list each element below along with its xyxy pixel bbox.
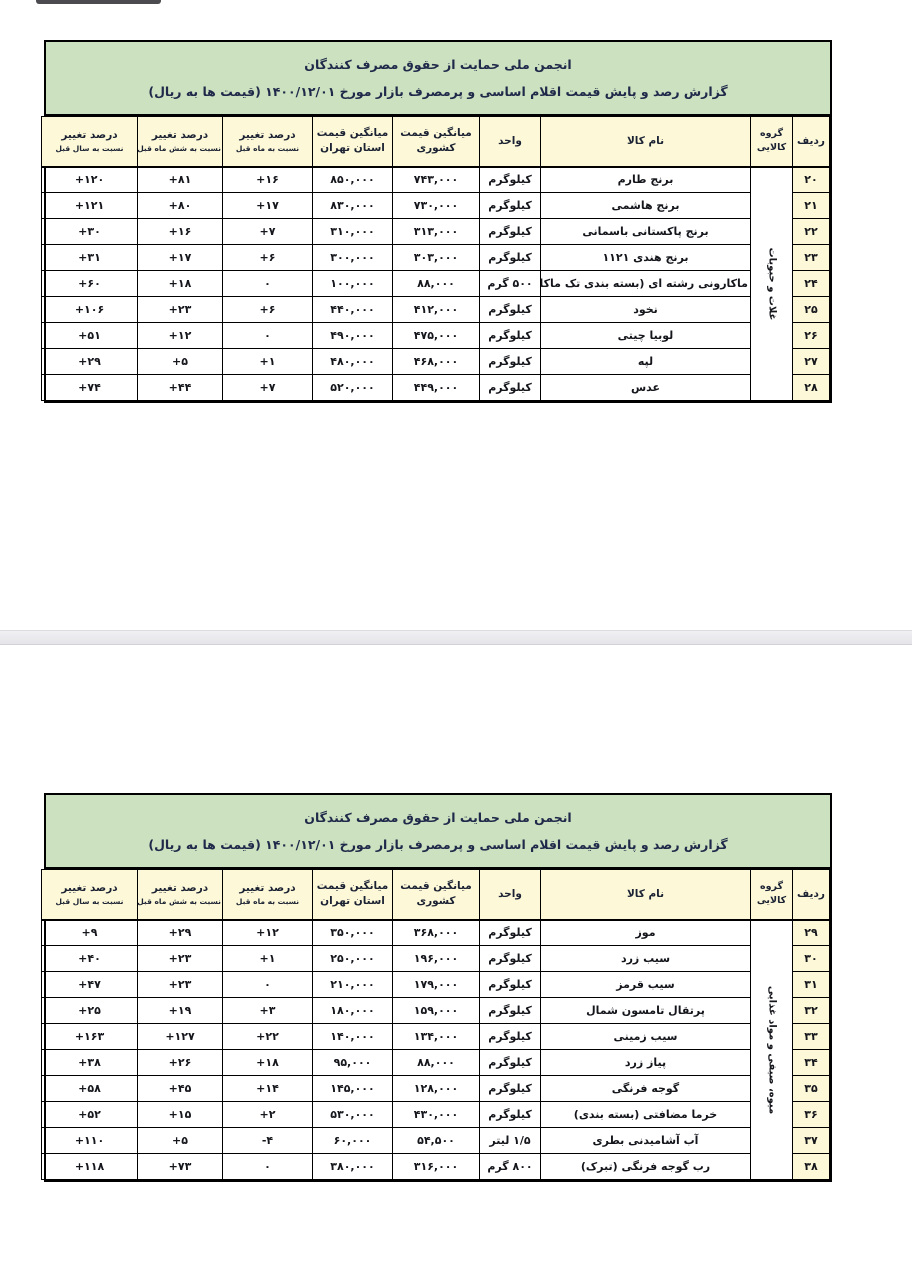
cell-tehran-price: ۲۱۰,۰۰۰ bbox=[313, 972, 393, 998]
cell-national-price: ۵۴,۵۰۰ bbox=[393, 1128, 480, 1154]
col-header-group: گروهکالایی bbox=[751, 870, 793, 920]
cell-row-number: ۳۶ bbox=[793, 1102, 830, 1128]
table-row: ۳۱سیب قرمزکیلوگرم۱۷۹,۰۰۰۲۱۰,۰۰۰۰+۲۳+۴۷ bbox=[42, 972, 830, 998]
cell-tehran-price: ۱۸۰,۰۰۰ bbox=[313, 998, 393, 1024]
cell-item-name: لوبیا چیتی bbox=[541, 323, 751, 349]
group-label: غلات و حبوبات bbox=[766, 247, 777, 320]
cell-row-number: ۲۲ bbox=[793, 219, 830, 245]
header-row: ردیف گروهکالایی نام کالا واحد میانگین قی… bbox=[42, 117, 830, 167]
image-separator-band bbox=[0, 630, 912, 645]
cell-row-number: ۲۵ bbox=[793, 297, 830, 323]
cell-national-price: ۷۳۰,۰۰۰ bbox=[393, 193, 480, 219]
cell-tehran-price: ۳۵۰,۰۰۰ bbox=[313, 920, 393, 946]
col-header-month-change: درصد تغییرنسبت به ماه قبل bbox=[223, 117, 313, 167]
cell-year-change: +۳۸ bbox=[42, 1050, 138, 1076]
report-title-band: انجمن ملی حمایت از حقوق مصرف کنندگان گزا… bbox=[46, 795, 830, 869]
cell-row-number: ۲۹ bbox=[793, 920, 830, 946]
cell-national-price: ۴۴۹,۰۰۰ bbox=[393, 375, 480, 401]
price-grid: ردیف گروهکالایی نام کالا واحد میانگین قی… bbox=[41, 116, 830, 401]
cell-month-change: -۴ bbox=[223, 1128, 313, 1154]
cell-tehran-price: ۱۰۰,۰۰۰ bbox=[313, 271, 393, 297]
cell-national-price: ۷۴۳,۰۰۰ bbox=[393, 167, 480, 193]
report-title-band: انجمن ملی حمایت از حقوق مصرف کنندگان گزا… bbox=[46, 42, 830, 116]
cell-tehran-price: ۴۴۰,۰۰۰ bbox=[313, 297, 393, 323]
cell-item-name: سیب قرمز bbox=[541, 972, 751, 998]
cell-national-price: ۳۱۶,۰۰۰ bbox=[393, 1154, 480, 1180]
cell-month-change: +۱ bbox=[223, 349, 313, 375]
cell-month-change: +۳ bbox=[223, 998, 313, 1024]
cell-month-change: +۶ bbox=[223, 297, 313, 323]
cell-six-month-change: +۱۶ bbox=[138, 219, 223, 245]
cell-item-name: برنج طارم bbox=[541, 167, 751, 193]
cell-year-change: +۳۰ bbox=[42, 219, 138, 245]
col-header-row-number: ردیف bbox=[793, 870, 830, 920]
cell-group: میوه، صیفی و مواد غذایی bbox=[751, 920, 793, 1180]
cell-item-name: پیاز زرد bbox=[541, 1050, 751, 1076]
cell-year-change: +۶۰ bbox=[42, 271, 138, 297]
cell-year-change: +۹ bbox=[42, 920, 138, 946]
cell-year-change: +۵۸ bbox=[42, 1076, 138, 1102]
cell-item-name: نخود bbox=[541, 297, 751, 323]
cell-six-month-change: +۱۸ bbox=[138, 271, 223, 297]
price-report-table-2: انجمن ملی حمایت از حقوق مصرف کنندگان گزا… bbox=[44, 793, 832, 1182]
cell-unit: کیلوگرم bbox=[480, 946, 541, 972]
cell-year-change: +۱۱۸ bbox=[42, 1154, 138, 1180]
cell-national-price: ۸۸,۰۰۰ bbox=[393, 271, 480, 297]
table-row: ۳۳سیب زمینیکیلوگرم۱۳۴,۰۰۰۱۴۰,۰۰۰+۲۲+۱۲۷+… bbox=[42, 1024, 830, 1050]
cell-six-month-change: +۲۶ bbox=[138, 1050, 223, 1076]
cell-national-price: ۱۳۴,۰۰۰ bbox=[393, 1024, 480, 1050]
cell-unit: کیلوگرم bbox=[480, 1024, 541, 1050]
col-header-tehran-price: میانگین قیمتاستان تهران bbox=[313, 117, 393, 167]
cell-row-number: ۳۷ bbox=[793, 1128, 830, 1154]
cell-national-price: ۳۶۸,۰۰۰ bbox=[393, 920, 480, 946]
table-row: ۳۴پیاز زردکیلوگرم۸۸,۰۰۰۹۵,۰۰۰+۱۸+۲۶+۳۸ bbox=[42, 1050, 830, 1076]
header-row: ردیف گروهکالایی نام کالا واحد میانگین قی… bbox=[42, 870, 830, 920]
cell-item-name: گوجه فرنگی bbox=[541, 1076, 751, 1102]
report-org-title: انجمن ملی حمایت از حقوق مصرف کنندگان bbox=[304, 810, 571, 825]
cell-row-number: ۳۲ bbox=[793, 998, 830, 1024]
cell-year-change: +۱۰۶ bbox=[42, 297, 138, 323]
col-header-unit: واحد bbox=[480, 870, 541, 920]
cell-tehran-price: ۳۰۰,۰۰۰ bbox=[313, 245, 393, 271]
cell-six-month-change: +۲۳ bbox=[138, 946, 223, 972]
col-header-tehran-price: میانگین قیمتاستان تهران bbox=[313, 870, 393, 920]
cell-six-month-change: +۸۰ bbox=[138, 193, 223, 219]
cell-unit: کیلوگرم bbox=[480, 297, 541, 323]
cell-tehran-price: ۱۴۵,۰۰۰ bbox=[313, 1076, 393, 1102]
cell-month-change: +۱۲ bbox=[223, 920, 313, 946]
cell-item-name: خرما مضافتی (بسته بندی) bbox=[541, 1102, 751, 1128]
cell-unit: ۸۰۰ گرم bbox=[480, 1154, 541, 1180]
table-row: ۳۵گوجه فرنگیکیلوگرم۱۲۸,۰۰۰۱۴۵,۰۰۰+۱۴+۴۵+… bbox=[42, 1076, 830, 1102]
table-row: ۲۴ماکارونی رشته ای (بسته بندی تک ماکارون… bbox=[42, 271, 830, 297]
cell-row-number: ۲۶ bbox=[793, 323, 830, 349]
cell-row-number: ۳۳ bbox=[793, 1024, 830, 1050]
cell-month-change: +۱۸ bbox=[223, 1050, 313, 1076]
cell-national-price: ۳۰۳,۰۰۰ bbox=[393, 245, 480, 271]
report-subtitle: گزارش رصد و پایش قیمت اقلام اساسی و پرمص… bbox=[148, 84, 727, 99]
col-header-unit: واحد bbox=[480, 117, 541, 167]
cell-month-change: +۱۶ bbox=[223, 167, 313, 193]
cell-unit: کیلوگرم bbox=[480, 193, 541, 219]
cell-item-name: لپه bbox=[541, 349, 751, 375]
table-row: ۲۷لپهکیلوگرم۴۶۸,۰۰۰۴۸۰,۰۰۰+۱+۵+۲۹ bbox=[42, 349, 830, 375]
cell-month-change: +۱ bbox=[223, 946, 313, 972]
cell-month-change: ۰ bbox=[223, 271, 313, 297]
cropped-ui-bar-fragment bbox=[36, 0, 161, 4]
cell-tehran-price: ۸۳۰,۰۰۰ bbox=[313, 193, 393, 219]
table-row: ۳۰سیب زردکیلوگرم۱۹۶,۰۰۰۲۵۰,۰۰۰+۱+۲۳+۴۰ bbox=[42, 946, 830, 972]
cell-row-number: ۲۱ bbox=[793, 193, 830, 219]
cell-unit: کیلوگرم bbox=[480, 972, 541, 998]
cell-year-change: +۵۲ bbox=[42, 1102, 138, 1128]
table-row: ۲۰غلات و حبوباتبرنج طارمکیلوگرم۷۴۳,۰۰۰۸۵… bbox=[42, 167, 830, 193]
cell-national-price: ۱۵۹,۰۰۰ bbox=[393, 998, 480, 1024]
col-header-item-name: نام کالا bbox=[541, 117, 751, 167]
cell-unit: ۵۰۰ گرم bbox=[480, 271, 541, 297]
cell-month-change: +۱۷ bbox=[223, 193, 313, 219]
cell-row-number: ۳۵ bbox=[793, 1076, 830, 1102]
cell-unit: کیلوگرم bbox=[480, 1050, 541, 1076]
col-header-six-month-change: درصد تغییرنسبت به شش ماه قبل bbox=[138, 870, 223, 920]
cell-item-name: موز bbox=[541, 920, 751, 946]
cell-national-price: ۳۱۳,۰۰۰ bbox=[393, 219, 480, 245]
cell-item-name: برنج هندی ۱۱۲۱ bbox=[541, 245, 751, 271]
cell-national-price: ۴۳۰,۰۰۰ bbox=[393, 1102, 480, 1128]
cell-row-number: ۳۴ bbox=[793, 1050, 830, 1076]
cell-national-price: ۱۷۹,۰۰۰ bbox=[393, 972, 480, 998]
cell-six-month-change: +۴۵ bbox=[138, 1076, 223, 1102]
cell-tehran-price: ۸۵۰,۰۰۰ bbox=[313, 167, 393, 193]
col-header-year-change: درصد تغییرنسبت به سال قبل bbox=[42, 870, 138, 920]
cell-unit: کیلوگرم bbox=[480, 219, 541, 245]
cell-year-change: +۷۴ bbox=[42, 375, 138, 401]
cell-national-price: ۴۶۸,۰۰۰ bbox=[393, 349, 480, 375]
cell-year-change: +۳۱ bbox=[42, 245, 138, 271]
cell-month-change: +۲۲ bbox=[223, 1024, 313, 1050]
cell-six-month-change: +۷۳ bbox=[138, 1154, 223, 1180]
cell-item-name: پرتقال تامسون شمال bbox=[541, 998, 751, 1024]
cell-tehran-price: ۹۵,۰۰۰ bbox=[313, 1050, 393, 1076]
cell-unit: کیلوگرم bbox=[480, 323, 541, 349]
table-row: ۲۳برنج هندی ۱۱۲۱کیلوگرم۳۰۳,۰۰۰۳۰۰,۰۰۰+۶+… bbox=[42, 245, 830, 271]
cell-unit: کیلوگرم bbox=[480, 349, 541, 375]
cell-national-price: ۱۹۶,۰۰۰ bbox=[393, 946, 480, 972]
cell-tehran-price: ۵۲۰,۰۰۰ bbox=[313, 375, 393, 401]
cell-tehran-price: ۴۹۰,۰۰۰ bbox=[313, 323, 393, 349]
cell-item-name: رب گوجه فرنگی (تبرک) bbox=[541, 1154, 751, 1180]
col-header-year-change: درصد تغییرنسبت به سال قبل bbox=[42, 117, 138, 167]
cell-unit: ۱/۵ لیتر bbox=[480, 1128, 541, 1154]
cell-year-change: +۲۵ bbox=[42, 998, 138, 1024]
cell-month-change: +۲ bbox=[223, 1102, 313, 1128]
cell-month-change: +۷ bbox=[223, 375, 313, 401]
cell-six-month-change: +۱۷ bbox=[138, 245, 223, 271]
report-subtitle: گزارش رصد و پایش قیمت اقلام اساسی و پرمص… bbox=[148, 837, 727, 852]
cell-year-change: +۱۲۱ bbox=[42, 193, 138, 219]
cell-national-price: ۸۸,۰۰۰ bbox=[393, 1050, 480, 1076]
cell-year-change: +۱۱۰ bbox=[42, 1128, 138, 1154]
cell-unit: کیلوگرم bbox=[480, 998, 541, 1024]
cell-year-change: +۴۰ bbox=[42, 946, 138, 972]
cell-unit: کیلوگرم bbox=[480, 1102, 541, 1128]
cell-tehran-price: ۲۵۰,۰۰۰ bbox=[313, 946, 393, 972]
col-header-six-month-change: درصد تغییرنسبت به شش ماه قبل bbox=[138, 117, 223, 167]
cell-year-change: +۴۷ bbox=[42, 972, 138, 998]
table-row: ۲۵نخودکیلوگرم۴۱۲,۰۰۰۴۴۰,۰۰۰+۶+۲۳+۱۰۶ bbox=[42, 297, 830, 323]
cell-six-month-change: +۱۲ bbox=[138, 323, 223, 349]
table-row: ۳۶خرما مضافتی (بسته بندی)کیلوگرم۴۳۰,۰۰۰۵… bbox=[42, 1102, 830, 1128]
cell-item-name: آب آشامیدنی بطری bbox=[541, 1128, 751, 1154]
col-header-row-number: ردیف bbox=[793, 117, 830, 167]
cell-unit: کیلوگرم bbox=[480, 1076, 541, 1102]
cell-year-change: +۲۹ bbox=[42, 349, 138, 375]
table-row: ۲۸عدسکیلوگرم۴۴۹,۰۰۰۵۲۰,۰۰۰+۷+۴۴+۷۴ bbox=[42, 375, 830, 401]
cell-row-number: ۳۰ bbox=[793, 946, 830, 972]
cell-tehran-price: ۳۸۰,۰۰۰ bbox=[313, 1154, 393, 1180]
cell-six-month-change: +۵ bbox=[138, 1128, 223, 1154]
cell-unit: کیلوگرم bbox=[480, 920, 541, 946]
cell-six-month-change: +۲۳ bbox=[138, 297, 223, 323]
price-grid: ردیف گروهکالایی نام کالا واحد میانگین قی… bbox=[41, 869, 830, 1180]
cell-group: غلات و حبوبات bbox=[751, 167, 793, 401]
cell-national-price: ۴۱۲,۰۰۰ bbox=[393, 297, 480, 323]
table-row: ۳۸رب گوجه فرنگی (تبرک)۸۰۰ گرم۳۱۶,۰۰۰۳۸۰,… bbox=[42, 1154, 830, 1180]
table-row: ۲۹میوه، صیفی و مواد غذاییموزکیلوگرم۳۶۸,۰… bbox=[42, 920, 830, 946]
cell-month-change: ۰ bbox=[223, 323, 313, 349]
cell-national-price: ۴۷۵,۰۰۰ bbox=[393, 323, 480, 349]
cell-six-month-change: +۱۲۷ bbox=[138, 1024, 223, 1050]
cell-tehran-price: ۶۰,۰۰۰ bbox=[313, 1128, 393, 1154]
col-header-item-name: نام کالا bbox=[541, 870, 751, 920]
cell-month-change: +۷ bbox=[223, 219, 313, 245]
cell-month-change: ۰ bbox=[223, 972, 313, 998]
table-row: ۳۷آب آشامیدنی بطری۱/۵ لیتر۵۴,۵۰۰۶۰,۰۰۰-۴… bbox=[42, 1128, 830, 1154]
cell-national-price: ۱۲۸,۰۰۰ bbox=[393, 1076, 480, 1102]
cell-year-change: +۱۲۰ bbox=[42, 167, 138, 193]
report-org-title: انجمن ملی حمایت از حقوق مصرف کنندگان bbox=[304, 57, 571, 72]
cell-tehran-price: ۳۱۰,۰۰۰ bbox=[313, 219, 393, 245]
cell-tehran-price: ۴۸۰,۰۰۰ bbox=[313, 349, 393, 375]
cell-item-name: ماکارونی رشته ای (بسته بندی تک ماکارون) bbox=[541, 271, 751, 297]
table-body: ۲۹میوه، صیفی و مواد غذاییموزکیلوگرم۳۶۸,۰… bbox=[42, 920, 830, 1180]
cell-row-number: ۲۳ bbox=[793, 245, 830, 271]
cell-row-number: ۲۴ bbox=[793, 271, 830, 297]
cell-year-change: +۵۱ bbox=[42, 323, 138, 349]
cell-six-month-change: +۲۹ bbox=[138, 920, 223, 946]
cell-six-month-change: +۱۵ bbox=[138, 1102, 223, 1128]
col-header-national-price: میانگین قیمتکشوری bbox=[393, 870, 480, 920]
table-row: ۲۶لوبیا چیتیکیلوگرم۴۷۵,۰۰۰۴۹۰,۰۰۰۰+۱۲+۵۱ bbox=[42, 323, 830, 349]
cell-unit: کیلوگرم bbox=[480, 167, 541, 193]
cell-six-month-change: +۸۱ bbox=[138, 167, 223, 193]
table-row: ۲۲برنج پاکستانی باسمانیکیلوگرم۳۱۳,۰۰۰۳۱۰… bbox=[42, 219, 830, 245]
cell-row-number: ۲۸ bbox=[793, 375, 830, 401]
cell-six-month-change: +۲۳ bbox=[138, 972, 223, 998]
page-canvas: انجمن ملی حمایت از حقوق مصرف کنندگان گزا… bbox=[0, 0, 912, 1279]
cell-six-month-change: +۴۴ bbox=[138, 375, 223, 401]
cell-item-name: سیب زرد bbox=[541, 946, 751, 972]
cell-item-name: عدس bbox=[541, 375, 751, 401]
cell-month-change: +۱۴ bbox=[223, 1076, 313, 1102]
cell-item-name: برنج هاشمی bbox=[541, 193, 751, 219]
cell-row-number: ۳۸ bbox=[793, 1154, 830, 1180]
cell-tehran-price: ۵۳۰,۰۰۰ bbox=[313, 1102, 393, 1128]
cell-year-change: +۱۶۳ bbox=[42, 1024, 138, 1050]
cell-unit: کیلوگرم bbox=[480, 375, 541, 401]
cell-month-change: +۶ bbox=[223, 245, 313, 271]
col-header-month-change: درصد تغییرنسبت به ماه قبل bbox=[223, 870, 313, 920]
cell-item-name: برنج پاکستانی باسمانی bbox=[541, 219, 751, 245]
cell-tehran-price: ۱۴۰,۰۰۰ bbox=[313, 1024, 393, 1050]
cell-six-month-change: +۵ bbox=[138, 349, 223, 375]
cell-unit: کیلوگرم bbox=[480, 245, 541, 271]
cell-month-change: ۰ bbox=[223, 1154, 313, 1180]
group-label: میوه، صیفی و مواد غذایی bbox=[766, 986, 777, 1114]
cell-six-month-change: +۱۹ bbox=[138, 998, 223, 1024]
col-header-group: گروهکالایی bbox=[751, 117, 793, 167]
cell-row-number: ۳۱ bbox=[793, 972, 830, 998]
price-report-table-1: انجمن ملی حمایت از حقوق مصرف کنندگان گزا… bbox=[44, 40, 832, 403]
table-body: ۲۰غلات و حبوباتبرنج طارمکیلوگرم۷۴۳,۰۰۰۸۵… bbox=[42, 167, 830, 401]
cell-row-number: ۲۰ bbox=[793, 167, 830, 193]
col-header-national-price: میانگین قیمتکشوری bbox=[393, 117, 480, 167]
table-row: ۳۲پرتقال تامسون شمالکیلوگرم۱۵۹,۰۰۰۱۸۰,۰۰… bbox=[42, 998, 830, 1024]
table-row: ۲۱برنج هاشمیکیلوگرم۷۳۰,۰۰۰۸۳۰,۰۰۰+۱۷+۸۰+… bbox=[42, 193, 830, 219]
cell-item-name: سیب زمینی bbox=[541, 1024, 751, 1050]
cell-row-number: ۲۷ bbox=[793, 349, 830, 375]
